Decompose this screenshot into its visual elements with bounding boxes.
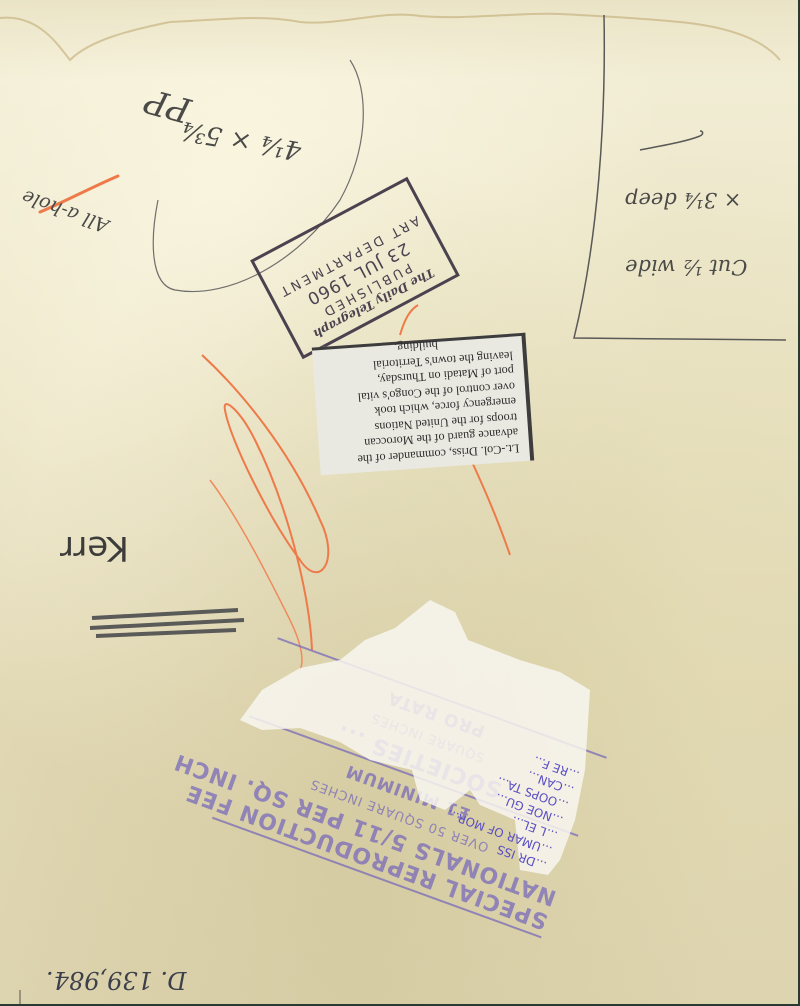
water-stain-edge [0,0,800,80]
handwritten-note-left: All a-hole [19,185,112,237]
telegraph-published-stamp: The Daily Telegraph PUBLISHED 23 JUL 196… [250,177,460,359]
crop-mark-tick [640,131,703,150]
caption-clipping: Lt.-Col. Driss, commander of the advance… [312,333,534,476]
pencil-scribble-out [90,610,244,636]
orange-crayon-line [472,462,510,555]
handwritten-reference-number: D. 139,984. [46,966,187,994]
handwritten-signature: Kerr [60,528,129,568]
photo-back-sheet: The Daily Telegraph PUBLISHED 23 JUL 196… [0,0,800,1006]
handwritten-crop-width: Cut ½ wide [625,255,747,279]
handwritten-dimensions: 4¼ × 5¾ [178,115,303,166]
handwritten-crop-depth: × 3¼ deep [625,188,741,212]
orange-crayon-hook [400,305,418,335]
